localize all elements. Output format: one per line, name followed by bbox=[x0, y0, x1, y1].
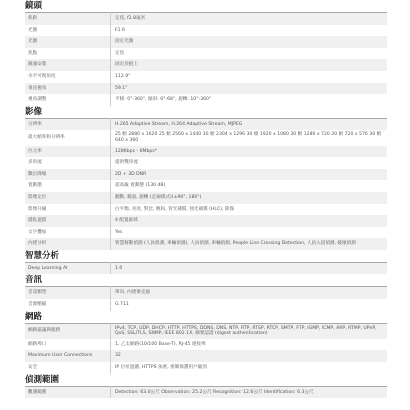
table-row: 光圈F1.6 bbox=[25, 25, 387, 37]
spec-table-audio: 音訊類型單向, 內建麥克風 音源壓縮G.711 bbox=[25, 286, 387, 310]
spec-label: 安全 bbox=[25, 362, 111, 374]
table-row: Deep Learning AI1.0 bbox=[25, 262, 387, 274]
table-row: 焦點定焦 bbox=[25, 48, 387, 60]
table-row: 視角調整平移: 0°-360°, 傾斜: 0°-68°, 旋轉: 10°-360… bbox=[25, 94, 387, 106]
section-title-video: 影像 bbox=[25, 107, 387, 118]
spec-label: 垂直視角 bbox=[25, 83, 111, 95]
table-row: 光圈固定光圈 bbox=[25, 36, 387, 48]
spec-label: 多串流 bbox=[25, 157, 111, 169]
spec-label: 分辨率 bbox=[25, 118, 111, 130]
spec-label: 位元率 bbox=[25, 146, 111, 158]
spec-value: IP 位址過濾, HTTPS 加密, 密碼保護用戶級別 bbox=[111, 362, 388, 374]
spec-value: 固定光圈 bbox=[111, 36, 388, 48]
spec-table-analytics: Deep Learning AI1.0 bbox=[25, 262, 387, 275]
spec-value: 59.1° bbox=[111, 83, 388, 95]
spec-label: 文字疊加 bbox=[25, 227, 111, 239]
spec-value: F1.6 bbox=[111, 25, 388, 37]
spec-value: 32 bbox=[111, 350, 388, 362]
table-row: 垂直視角59.1° bbox=[25, 83, 387, 95]
spec-sheet: 鏡頭 焦距定焦, f2.8毫米 光圈F1.6 光圈固定光圈 焦點定焦 鏡頭安裝固… bbox=[25, 1, 387, 399]
spec-label: 焦點 bbox=[25, 48, 111, 60]
spec-label: Maximum User Connections bbox=[25, 350, 111, 362]
spec-value: 白平衡, 亮度, 對比, 飽和, 背光補償, 強光補償 (HLC), 除霧 bbox=[111, 204, 388, 216]
spec-label: 視角調整 bbox=[25, 94, 111, 106]
table-row: 焦距定焦, f2.8毫米 bbox=[25, 13, 387, 25]
section-title-detection-range: 偵測範圍 bbox=[25, 375, 387, 386]
spec-value: 超高級 寬動態 (130 dB) bbox=[111, 180, 388, 192]
table-row: 最大幀率和分辨率25 幀 2880 x 1620 25 幀 2560 x 144… bbox=[25, 130, 387, 145]
spec-value: 平移: 0°-360°, 傾斜: 0°-68°, 旋轉: 10°-360° bbox=[111, 94, 388, 106]
spec-value: 智慧移動偵測 (人員偵測, 車輛偵測), 人員偵測, 車輛偵測, People … bbox=[111, 238, 388, 250]
spec-value: 提供雙串流 bbox=[111, 157, 388, 169]
spec-label: Deep Learning AI bbox=[25, 262, 111, 274]
table-row: 多串流提供雙串流 bbox=[25, 157, 387, 169]
spec-value: 4 配置區域 bbox=[111, 215, 388, 227]
spec-value: 單向, 內建麥克風 bbox=[111, 287, 388, 299]
spec-value: 固定於板上 bbox=[111, 59, 388, 71]
spec-label: 觀測範圍 bbox=[25, 386, 111, 398]
spec-table-network: 網路協議與服務IPv4, TCP, UDP, DHCP, HTTP, HTTPS… bbox=[25, 323, 387, 374]
table-row: 文字疊加Yes bbox=[25, 227, 387, 239]
spec-value: 定焦, f2.8毫米 bbox=[111, 13, 388, 25]
table-row: 影像定位翻動, 鏡面, 旋轉 (走廊模式)(±90°, 180°) bbox=[25, 192, 387, 204]
table-row: 隱私遮擋4 配置區域 bbox=[25, 215, 387, 227]
table-row: 數位降噪2D + 3D DNR bbox=[25, 169, 387, 181]
spec-label: 光圈 bbox=[25, 25, 111, 37]
spec-label: 鏡頭安裝 bbox=[25, 59, 111, 71]
table-row: 水平可視角度112.9° bbox=[25, 71, 387, 83]
section-title-analytics: 智慧分析 bbox=[25, 251, 387, 262]
spec-label: 數位降噪 bbox=[25, 169, 111, 181]
spec-label: 音訊類型 bbox=[25, 287, 111, 299]
spec-label: 音源壓縮 bbox=[25, 299, 111, 311]
table-row: 音源壓縮G.711 bbox=[25, 299, 387, 311]
spec-label: 網路協議與服務 bbox=[25, 323, 111, 339]
spec-label: 水平可視角度 bbox=[25, 71, 111, 83]
table-row: 寬動態超高級 寬動態 (130 dB) bbox=[25, 180, 387, 192]
table-row: 影像升級白平衡, 亮度, 對比, 飽和, 背光補償, 強光補償 (HLC), 除… bbox=[25, 204, 387, 216]
table-row: 網路協議與服務IPv4, TCP, UDP, DHCP, HTTP, HTTPS… bbox=[25, 323, 387, 339]
spec-value: 2D + 3D DNR bbox=[111, 169, 388, 181]
spec-value: 1.0 bbox=[111, 262, 388, 274]
table-row: 觀測範圍Detection: 63.0公尺 Observation: 25.2公… bbox=[25, 386, 387, 398]
section-title-network: 網路 bbox=[25, 312, 387, 323]
spec-table-lens: 焦距定焦, f2.8毫米 光圈F1.6 光圈固定光圈 焦點定焦 鏡頭安裝固定於板… bbox=[25, 12, 387, 106]
table-row: 位元率128Kbps - 6Mbps* bbox=[25, 146, 387, 158]
spec-table-detection-range: 觀測範圍Detection: 63.0公尺 Observation: 25.2公… bbox=[25, 386, 387, 399]
spec-value: 定焦 bbox=[111, 48, 388, 60]
spec-value: G.711 bbox=[111, 299, 388, 311]
spec-label: 影像升級 bbox=[25, 204, 111, 216]
table-row: 分辨率H.265 Adaptive Stream, H.264 Adaptive… bbox=[25, 118, 387, 130]
spec-value: H.265 Adaptive Stream, H.264 Adaptive St… bbox=[111, 118, 388, 130]
spec-label: 最大幀率和分辨率 bbox=[25, 130, 111, 145]
spec-label: 光圈 bbox=[25, 36, 111, 48]
table-row: Maximum User Connections32 bbox=[25, 350, 387, 362]
section-title-lens: 鏡頭 bbox=[25, 1, 387, 12]
spec-value: 25 幀 2880 x 1620 25 幀 2560 x 1440 30 幀 2… bbox=[111, 130, 388, 145]
spec-value: IPv4, TCP, UDP, DHCP, HTTP, HTTPS, DDNS,… bbox=[111, 323, 388, 339]
spec-label: 隱私遮擋 bbox=[25, 215, 111, 227]
spec-label: 焦距 bbox=[25, 13, 111, 25]
spec-table-video: 分辨率H.265 Adaptive Stream, H.264 Adaptive… bbox=[25, 118, 387, 250]
spec-value: Detection: 63.0公尺 Observation: 25.2公尺 Re… bbox=[111, 386, 388, 398]
section-title-audio: 音訊 bbox=[25, 275, 387, 286]
table-row: 網路埠口1, 乙太網路(10/100 Base-T), RJ-45 連接埠 bbox=[25, 339, 387, 351]
spec-value: Yes bbox=[111, 227, 388, 239]
table-row: 安全IP 位址過濾, HTTPS 加密, 密碼保護用戶級別 bbox=[25, 362, 387, 374]
spec-label: 網路埠口 bbox=[25, 339, 111, 351]
spec-value: 翻動, 鏡面, 旋轉 (走廊模式)(±90°, 180°) bbox=[111, 192, 388, 204]
spec-label: 內建分析 bbox=[25, 238, 111, 250]
spec-value: 112.9° bbox=[111, 71, 388, 83]
spec-label: 影像定位 bbox=[25, 192, 111, 204]
table-row: 內建分析智慧移動偵測 (人員偵測, 車輛偵測), 人員偵測, 車輛偵測, Peo… bbox=[25, 238, 387, 250]
table-row: 音訊類型單向, 內建麥克風 bbox=[25, 287, 387, 299]
table-row: 鏡頭安裝固定於板上 bbox=[25, 59, 387, 71]
spec-value: 1, 乙太網路(10/100 Base-T), RJ-45 連接埠 bbox=[111, 339, 388, 351]
spec-label: 寬動態 bbox=[25, 180, 111, 192]
spec-value: 128Kbps - 6Mbps* bbox=[111, 146, 388, 158]
